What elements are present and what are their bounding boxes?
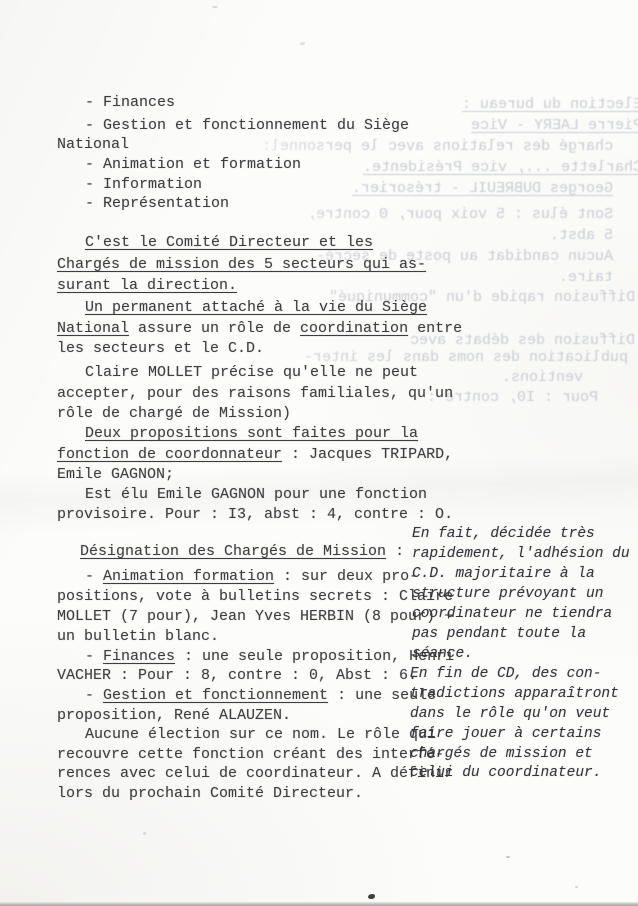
body-text-line: Est élu Emile GAGNON pour une fonction	[85, 486, 427, 503]
body-text-line: Chargés de mission des 5 secteurs qui as…	[57, 256, 426, 273]
body-text-line: Un permanent attaché à la vie du Siège	[85, 299, 427, 316]
margin-note-line: tradictions apparaîtront	[410, 686, 619, 703]
bleedthrough-line: 5 abst.	[550, 227, 613, 244]
scan-speck	[212, 6, 218, 8]
text: - Représentation	[85, 195, 229, 212]
text: Claire MOLLET précise qu'elle ne peut	[85, 364, 418, 381]
text: Est élu Emile GAGNON pour une fonction	[85, 486, 427, 503]
text: recouvre cette fonction créant des inter…	[57, 746, 444, 763]
text: National	[57, 136, 129, 153]
bleedthrough-line: Charlette ..., vice Présidente.	[363, 159, 638, 176]
bleedthrough-line: taire.	[559, 269, 613, 286]
underlined-text: Désignation des Chargés de Mission	[80, 543, 386, 560]
body-text-line: Aucune élection sur ce nom. Le rôle qui	[85, 726, 436, 743]
text: les secteurs et le C.D.	[57, 340, 264, 357]
underlined-text: C'est le Comité Directeur et les	[85, 234, 373, 251]
underlined-text: Chargés de mission des 5 secteurs qui as…	[57, 256, 426, 273]
margin-note-line: séance.	[412, 646, 473, 663]
body-text-line: - Animation formation : sur deux pro-	[85, 568, 418, 585]
body-text-line: - Gestion et fonctionnement : une seule	[85, 687, 436, 704]
body-text-line: lors du prochain Comité Directeur.	[57, 785, 363, 802]
underlined-text: National	[57, 320, 129, 337]
scan-bottom-edge	[0, 902, 638, 906]
text: positions, vote à bulletins secrets : Cl…	[57, 588, 453, 605]
body-text-line: - Information	[85, 176, 202, 193]
bleedthrough-line: ventions.	[502, 369, 583, 386]
bleedthrough-line: Pierre LAERY - Vice	[471, 117, 638, 134]
body-text-line: - Finances	[85, 94, 175, 111]
underlined-text: Finances	[103, 648, 175, 665]
body-text-line: - Animation et formation	[85, 156, 301, 173]
text: - Information	[85, 176, 202, 193]
body-text-line: rôle de chargé de Mission)	[57, 405, 291, 422]
underlined-text: surant la direction.	[57, 277, 237, 294]
body-text-line: les secteurs et le C.D.	[57, 340, 264, 357]
body-text-line: positions, vote à bulletins secrets : Cl…	[57, 588, 453, 605]
body-text-line: - Gestion et fonctionnement du Siège	[85, 117, 409, 134]
text: -	[85, 687, 103, 704]
margin-note-line: En fait, décidée très	[412, 526, 595, 543]
margin-note-line: pas pendant toute la	[412, 626, 586, 643]
bleedthrough-line: chargé des relations avec le personnel:	[262, 138, 613, 155]
underlined-text: Animation formation	[103, 568, 274, 585]
scan-speck	[506, 856, 510, 858]
body-text-line: National assure un rôle de coordination …	[57, 320, 462, 337]
text: MOLLET (7 pour), Jean Yves HERBIN (8 pou…	[57, 608, 453, 625]
bleedthrough-line: Election du bureau :	[462, 96, 638, 113]
underlined-text: Gestion et fonctionnement	[103, 687, 328, 704]
body-text-line: recouvre cette fonction créant des inter…	[57, 746, 444, 763]
body-text-line: C'est le Comité Directeur et les	[85, 234, 373, 251]
body-text-line: surant la direction.	[57, 277, 237, 294]
body-text-line: MOLLET (7 pour), Jean Yves HERBIN (8 pou…	[57, 608, 453, 625]
body-text-line: proposition, René ALAUZEN.	[57, 707, 291, 724]
text: assure un rôle de	[129, 320, 300, 337]
bleedthrough-line: Georges DUBREUIL - trésorier.	[352, 180, 613, 197]
underlined-text: Un permanent attaché à la vie du Siège	[85, 299, 427, 316]
text: :	[386, 543, 404, 560]
underlined-text: fonction de coordonnateur	[57, 446, 282, 463]
margin-note-line: En fin de CD, des con-	[410, 666, 601, 683]
margin-note-line: C.D. majoritaire à la	[412, 566, 595, 583]
text: - Animation et formation	[85, 156, 301, 173]
margin-note-line: coordinateur ne tiendra	[412, 606, 612, 623]
text: Aucune élection sur ce nom. Le rôle qui	[85, 726, 436, 743]
underlined-text: Deux propositions sont faites pour la	[85, 425, 418, 442]
body-text-line: Deux propositions sont faites pour la	[85, 425, 418, 442]
bleedthrough-line: Sont élus : 5 voix pour, 0 contre,	[307, 206, 613, 223]
body-text-line: rences avec celui de coordinateur. A déf…	[57, 765, 453, 782]
text: proposition, René ALAUZEN.	[57, 707, 291, 724]
margin-note-line: rapidement, l'adhésion du	[412, 546, 630, 563]
underlined-text: coordination	[300, 320, 408, 337]
margin-note-line: dans le rôle qu'on veut	[410, 706, 610, 723]
body-text-line: Claire MOLLET précise qu'elle ne peut	[85, 364, 418, 381]
scan-speck	[575, 886, 578, 888]
margin-note-line: chargés de mission et	[410, 746, 593, 763]
body-text-line: - Représentation	[85, 195, 229, 212]
body-text-line: National	[57, 136, 129, 153]
margin-note-line: celui du coordinateur.	[410, 765, 601, 782]
text: accepter, pour des raisons familiales, q…	[57, 385, 453, 402]
body-text-line: Emile GAGNON;	[57, 466, 174, 483]
text: : sur deux pro-	[274, 568, 418, 585]
body-text-line: Désignation des Chargés de Mission :	[80, 543, 404, 560]
body-text-line: fonction de coordonnateur : Jacques TRIP…	[57, 446, 453, 463]
text: : Jacques TRIPARD,	[282, 446, 453, 463]
margin-note-line: structure prévoyant un	[412, 586, 603, 603]
body-text-line: - Finances : une seule proposition, Henr…	[85, 648, 454, 665]
document-page: Election du bureau :Pierre LAERY - Vicec…	[0, 0, 638, 906]
margin-note-line: faire jouer à certains	[410, 726, 601, 743]
text: Emile GAGNON;	[57, 466, 174, 483]
text: VACHER : Pour : 8, contre : 0, Abst : 6.	[57, 667, 417, 684]
text: entre	[408, 320, 462, 337]
text: rôle de chargé de Mission)	[57, 405, 291, 422]
text: - Gestion et fonctionnement du Siège	[85, 117, 409, 134]
text: -	[85, 648, 103, 665]
text: rences avec celui de coordinateur. A déf…	[57, 765, 453, 782]
body-text-line: un bulletin blanc.	[57, 628, 219, 645]
text: -	[85, 568, 103, 585]
text: - Finances	[85, 94, 175, 111]
text: provisoire. Pour : I3, abst : 4, contre …	[57, 506, 453, 523]
text: lors du prochain Comité Directeur.	[57, 785, 363, 802]
text: un bulletin blanc.	[57, 628, 219, 645]
body-text-line: provisoire. Pour : I3, abst : 4, contre …	[57, 506, 453, 523]
body-text-line: VACHER : Pour : 8, contre : 0, Abst : 6.	[57, 667, 417, 684]
body-text-line: accepter, pour des raisons familiales, q…	[57, 385, 453, 402]
